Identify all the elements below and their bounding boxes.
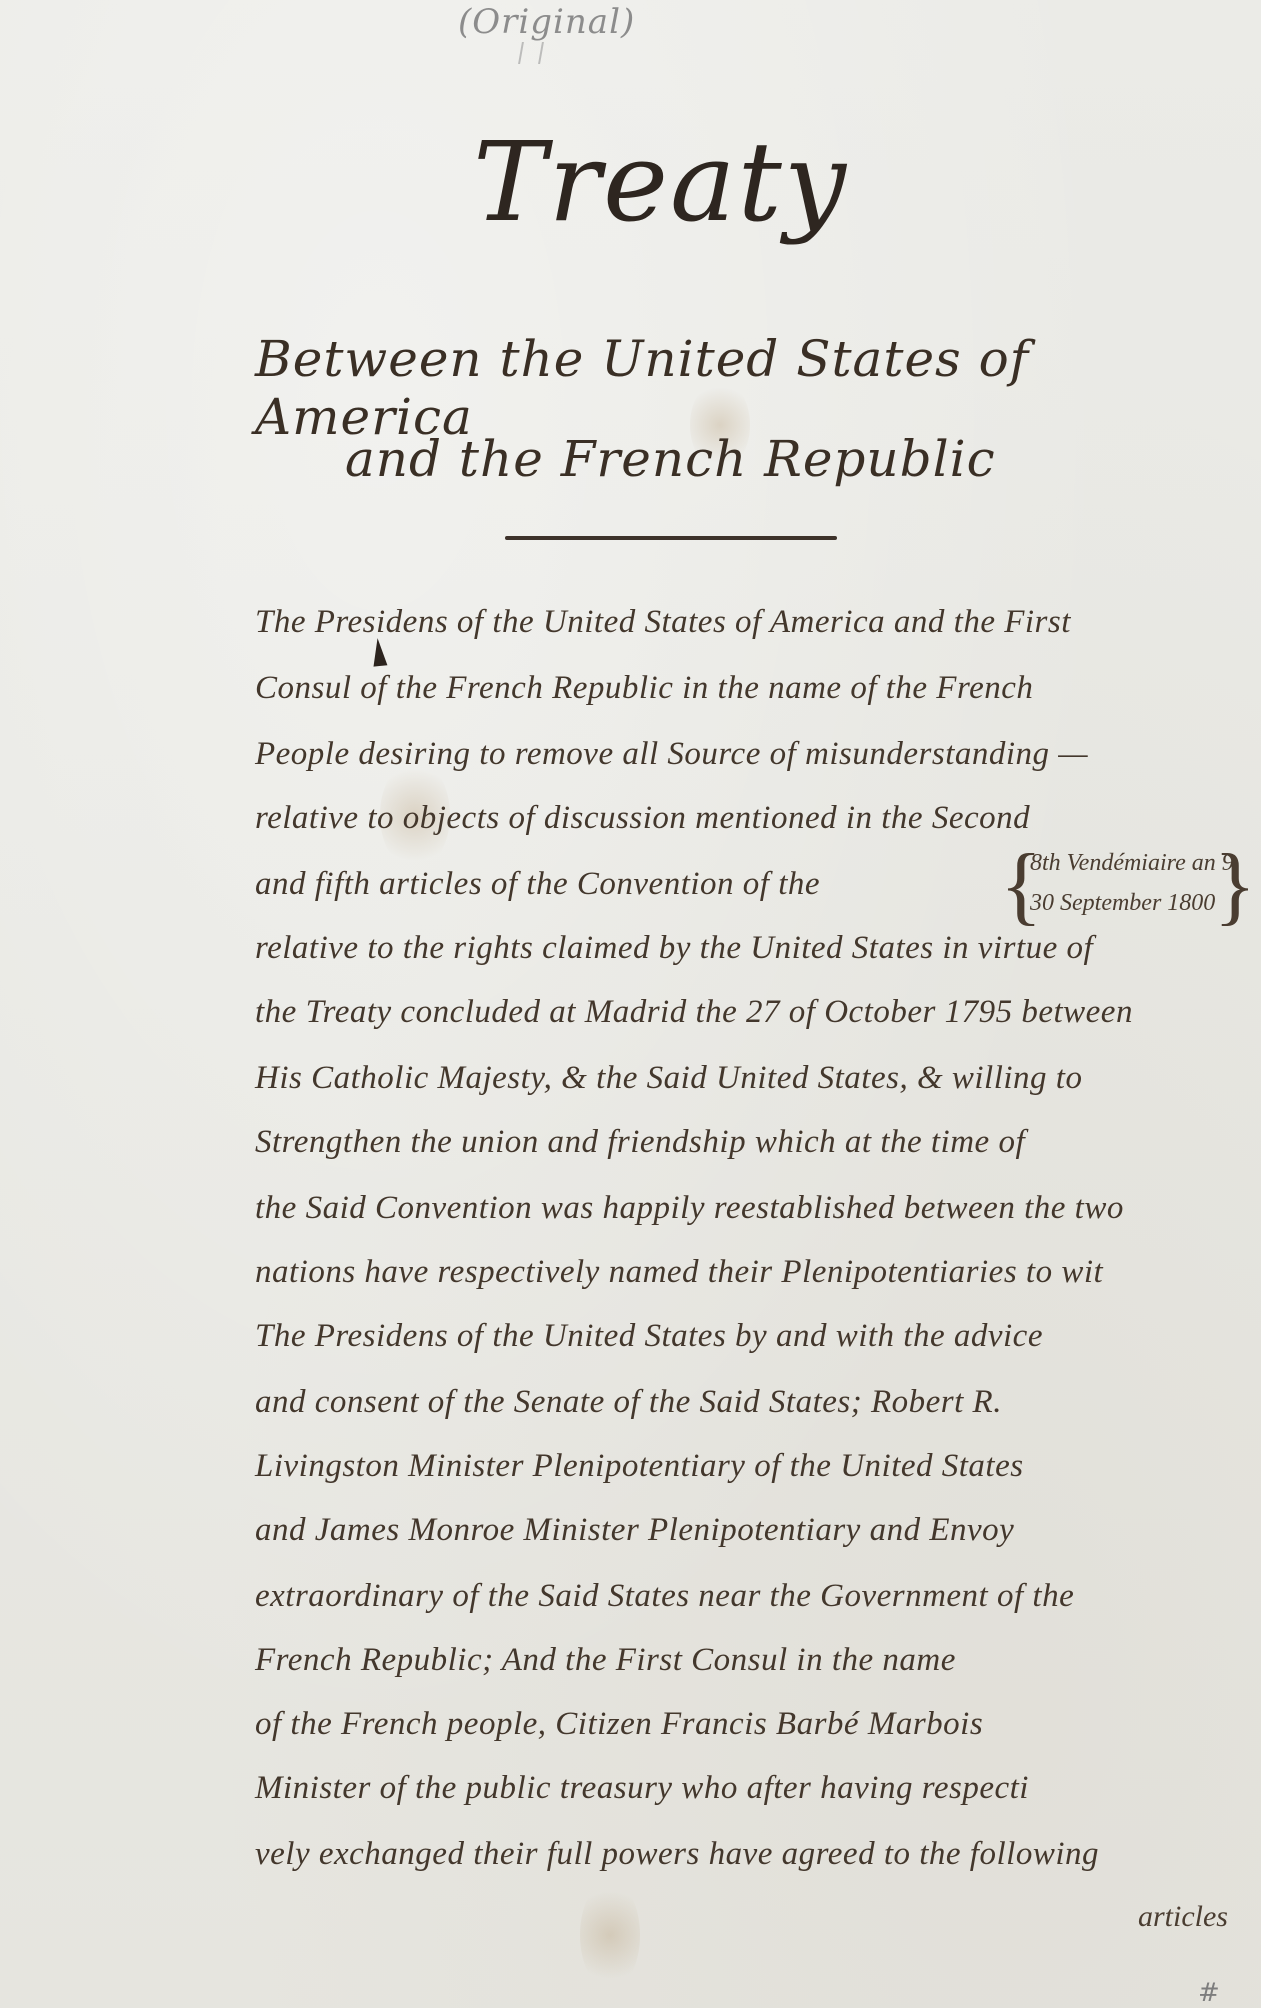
text-line: His Catholic Majesty, & the Said United …	[255, 1060, 1082, 1097]
text-line: Minister of the public treasury who afte…	[255, 1770, 1029, 1807]
manuscript-page: (Original) Treaty Between the United Sta…	[0, 0, 1261, 2008]
text-line: and James Monroe Minister Plenipotentiar…	[255, 1512, 1014, 1549]
catchword: articles	[1138, 1900, 1228, 1934]
document-subtitle-line-1: Between the United States of America	[255, 330, 1261, 446]
text-line: relative to objects of discussion mentio…	[255, 800, 1030, 837]
text-line: The Presidens of the United States by an…	[255, 1318, 1043, 1355]
convention-date-bracket: { 8th Vendémiaire an 9 30 September 1800…	[1000, 846, 1250, 936]
text-line: People desiring to remove all Source of …	[255, 736, 1088, 773]
text-line: French Republic; And the First Consul in…	[255, 1642, 956, 1679]
right-brace-icon: }	[1214, 842, 1256, 930]
text-line: Livingston Minister Plenipotentiary of t…	[255, 1448, 1024, 1485]
bracket-note-line-2: 30 September 1800	[1030, 890, 1215, 917]
text-line: Consul of the French Republic in the nam…	[255, 670, 1033, 707]
text-line: of the French people, Citizen Francis Ba…	[255, 1706, 983, 1743]
title-underline-divider	[505, 536, 837, 540]
document-subtitle-line-2: and the French Republic	[345, 430, 996, 488]
pencil-annotation: (Original)	[458, 2, 635, 42]
text-line: The Presidens of the United States of Am…	[255, 604, 1071, 641]
document-title: Treaty	[0, 118, 1261, 246]
bracket-note-line-1: 8th Vendémiaire an 9	[1030, 850, 1234, 877]
text-line: and fifth articles of the Convention of …	[255, 866, 820, 903]
text-line: nations have respectively named their Pl…	[255, 1254, 1103, 1291]
text-line: extraordinary of the Said States near th…	[255, 1578, 1074, 1615]
text-line: relative to the rights claimed by the Un…	[255, 930, 1093, 967]
corner-pencil-mark: #	[1198, 1978, 1220, 2008]
text-line: Strengthen the union and friendship whic…	[255, 1124, 1025, 1161]
pencil-mark-icon	[518, 42, 544, 64]
text-line: the Treaty concluded at Madrid the 27 of…	[255, 994, 1133, 1031]
text-line: and consent of the Senate of the Said St…	[255, 1384, 1002, 1421]
text-line: the Said Convention was happily reestabl…	[255, 1190, 1124, 1227]
text-line: vely exchanged their full powers have ag…	[255, 1836, 1099, 1873]
paper-stain	[580, 1880, 640, 1990]
ink-blot	[371, 637, 388, 666]
